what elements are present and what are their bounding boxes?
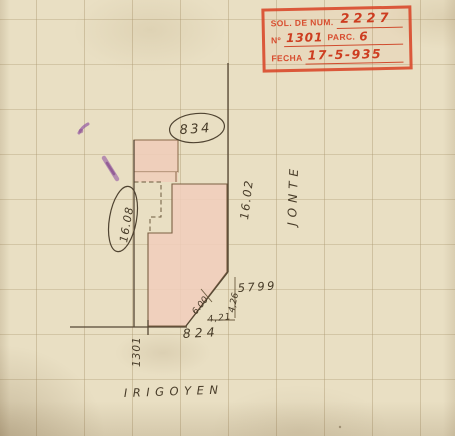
stamp-line3-value: 17-5-935	[305, 47, 403, 65]
stamp-line-1: SOL. DE NUM. 2227	[270, 12, 402, 31]
frontage-dim-right: 16.02	[237, 179, 256, 221]
stamp-line2-group: 1301 PARC. 6	[284, 30, 403, 47]
house-number-bottom: 824	[182, 324, 219, 341]
main-building-footprint	[148, 184, 227, 326]
upper-building-band	[134, 172, 178, 182]
stamp-line2-value1: 1301	[286, 32, 324, 45]
stamp-line-2: Nº 1301 PARC. 6	[271, 30, 403, 48]
stamp-line1-value: 2227	[336, 12, 402, 29]
chamfer-horizontal-dim: 4,21	[207, 312, 232, 325]
stamp-line-3: FECHA 17-5-935	[271, 47, 403, 65]
upper-building-block	[134, 140, 178, 172]
building-footprints	[134, 140, 227, 326]
corner-parcel-number: 5799	[237, 278, 277, 295]
stamp-line1-label: SOL. DE NUM.	[271, 17, 334, 31]
lot-number-left: 1301	[131, 336, 143, 367]
street-name-right: JONTE	[285, 164, 301, 228]
stamp-line3-label: FECHA	[271, 53, 303, 66]
street-name-bottom: IRIGOYEN	[124, 383, 224, 400]
chamfer-vertical-dim: 4,26	[227, 292, 241, 314]
circled-number-top: 834	[179, 121, 212, 138]
registration-stamp: SOL. DE NUM. 2227 Nº 1301 PARC. 6 FECHA …	[261, 5, 412, 72]
scanned-cadastral-document: 834 16.08 16.02 JONTE 5799 6.00 4,26 4,2…	[0, 0, 455, 436]
pencil-blob	[79, 129, 84, 134]
stamp-line2-label: PARC.	[327, 32, 355, 44]
stamp-line2-value2: 6	[359, 31, 369, 43]
purple-pencil-marks	[79, 124, 117, 179]
ink-speck	[339, 426, 341, 428]
stamp-line2-prefix: Nº	[271, 35, 281, 47]
